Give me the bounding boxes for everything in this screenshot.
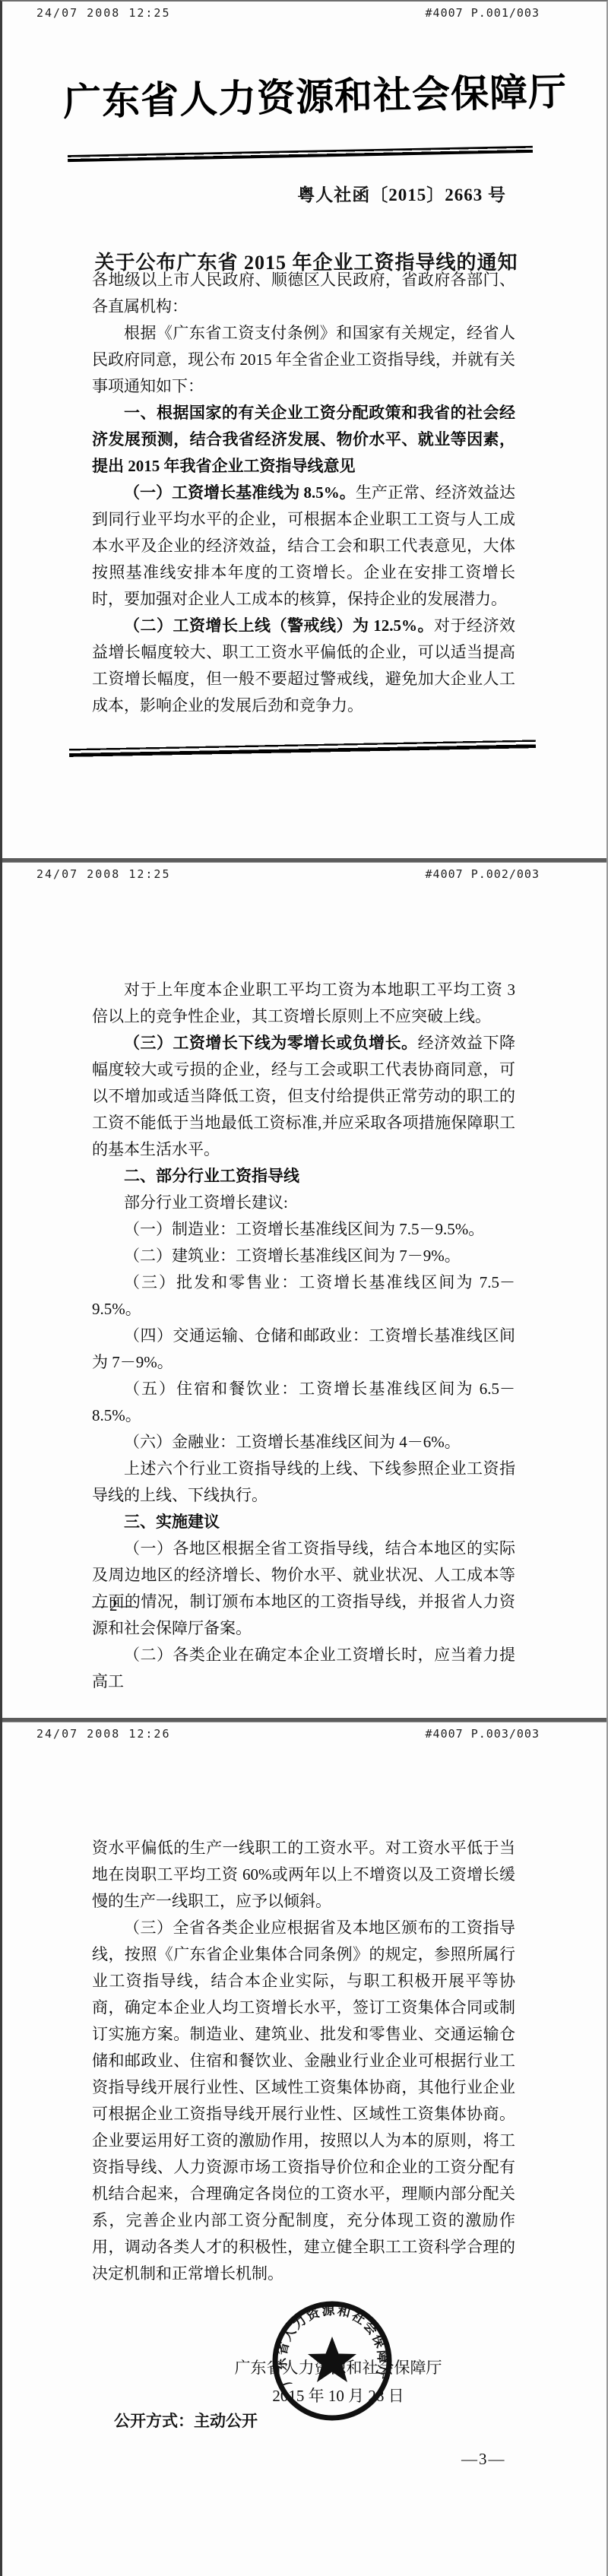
fax-timestamp: 24/07 2008 12:26 — [36, 1727, 171, 1741]
item-lower-line-lead: （三）工资增长下线为零增长或负增长。 — [124, 1034, 418, 1052]
document-number: 粤人社函〔2015〕2663 号 — [297, 181, 506, 206]
fax-page-1: 24/07 2008 12:25 #4007 P.001/003 广东省人力资源… — [2, 2, 606, 858]
letterhead-underline — [68, 146, 533, 162]
item-lower-line: （三）工资增长下线为零增长或负增长。经济效益下降幅度较大或亏损的企业，经与工会或… — [92, 1030, 515, 1163]
fax-page-counter: #4007 P.002/003 — [426, 867, 540, 881]
industry-item-manufacturing: （一）制造业：工资增长基准线区间为 7.5－9.5%。 — [92, 1216, 515, 1243]
industry-item-hotel-catering: （五）住宿和餐饮业：工资增长基准线区间为 6.5－8.5%。 — [92, 1376, 515, 1429]
page3-body: 资水平偏低的生产一线职工的工资水平。对工资水平低于当地在岗职工平均工资 60%或… — [92, 1835, 515, 2287]
fax-timestamp: 24/07 2008 12:25 — [36, 867, 171, 881]
industry-item-finance: （六）金融业：工资增长基准线区间为 4－6%。 — [92, 1429, 515, 1456]
industry-item-transport-postal: （四）交通运输、仓储和邮政业：工资增长基准线区间为 7－9%。 — [92, 1323, 515, 1376]
item-baseline: （一）工资增长基准线为 8.5%。生产正常、经济效益达到同行业平均水平的企业，可… — [92, 480, 515, 613]
fax-page-counter: #4007 P.001/003 — [426, 6, 540, 20]
salutation: 各地级以上市人民政府、顺德区人民政府，省政府各部门、各直属机构： — [92, 267, 515, 320]
section3-heading: 三、实施建议 — [92, 1509, 515, 1535]
impl-item2-start: （二）各类企业在确定本企业工资增长时，应当着力提高工 — [92, 1642, 515, 1695]
disclosure-method: 公开方式：主动公开 — [114, 2409, 258, 2432]
page-number-3: —3— — [461, 2450, 506, 2469]
fax-timestamp: 24/07 2008 12:25 — [36, 6, 171, 20]
fax-page-2: 24/07 2008 12:25 #4007 P.002/003 对于上年度本企… — [2, 863, 606, 1718]
fax-page-counter: #4007 P.003/003 — [426, 1727, 540, 1741]
section2-intro: 部分行业工资增长建议: — [92, 1190, 515, 1216]
item-upper-line-lead: （二）工资增长上线（警戒线）为 12.5%。 — [124, 616, 434, 635]
item-baseline-text: 生产正常、经济效益达到同行业平均水平的企业，可根据本企业职工工资与人工成本水平及… — [92, 483, 515, 608]
industry-item-wholesale-retail: （三）批发和零售业：工资增长基准线区间为 7.5－9.5%。 — [92, 1269, 515, 1323]
scanned-fax-document: 24/07 2008 12:25 #4007 P.001/003 广东省人力资源… — [0, 0, 608, 2576]
item-upper-line: （二）工资增长上线（警戒线）为 12.5%。对于经济效益增长幅度较大、职工工资水… — [92, 613, 515, 719]
scan-artifact-rule — [69, 739, 536, 758]
letterhead-title: 广东省人力资源和社会保障厅 — [62, 62, 537, 126]
industries-note: 上述六个行业工资指导线的上线、下线参照企业工资指导线的上线、下线执行。 — [92, 1456, 515, 1509]
section1-heading: 一、根据国家的有关企业工资分配政策和我省的社会经济发展预测，结合我省经济发展、物… — [92, 400, 515, 480]
upper-line-continuation: 对于上年度本企业职工平均工资为本地职工平均工资 3 倍以上的竞争性企业，其工资增… — [92, 977, 515, 1030]
impl-item3: （三）全省各类企业应根据省及本地区颁布的工资指导线，按照《广东省企业集体合同条例… — [92, 1915, 515, 2287]
item-lower-line-text: 经济效益下降幅度较大或亏损的企业，经与工会或职工代表协商同意，可以不增加或适当降… — [92, 1034, 515, 1158]
industry-item-construction: （二）建筑业：工资增长基准线区间为 7－9%。 — [92, 1243, 515, 1269]
page2-body: 对于上年度本企业职工平均工资为本地职工平均工资 3 倍以上的竞争性企业，其工资增… — [92, 977, 515, 1695]
page1-body: 各地级以上市人民政府、顺德区人民政府，省政府各部门、各直属机构： 根据《广东省工… — [92, 267, 515, 719]
fax-page-3: 24/07 2008 12:26 #4007 P.003/003 资水平偏低的生… — [2, 1722, 606, 2576]
intro-paragraph: 根据《广东省工资支付条例》和国家有关规定，经省人民政府同意，现公布 2015 年… — [92, 320, 515, 400]
item-baseline-lead: （一）工资增长基准线为 8.5%。 — [124, 483, 356, 502]
section2-heading: 二、部分行业工资指导线 — [92, 1163, 515, 1190]
seal-star — [308, 2337, 356, 2382]
page-number-2: —2— — [92, 1596, 137, 1615]
official-seal: 广东省人力资源和社会保障厅 — [270, 2299, 394, 2423]
impl-item1: （一）各地区根据全省工资指导线，结合本地区的实际及周边地区的经济增长、物价水平、… — [92, 1535, 515, 1642]
impl-item2-continuation: 资水平偏低的生产一线职工的工资水平。对工资水平低于当地在岗职工平均工资 60%或… — [92, 1835, 515, 1915]
